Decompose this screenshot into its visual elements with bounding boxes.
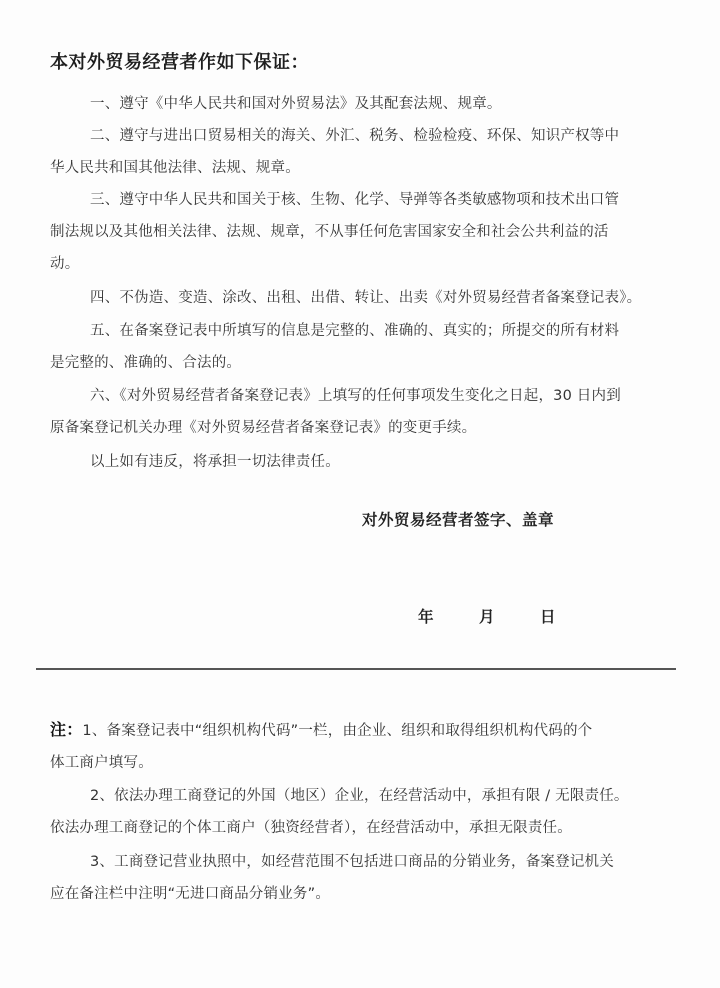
pledge-6-line-1: 六、《对外贸易经营者备案登记表》上填写的任何事项发生变化之日起，30 日内到 <box>90 388 621 404</box>
liability-text: 以上如有违反，将承担一切法律责任。 <box>90 454 340 470</box>
note-prefix: 注： <box>50 720 82 739</box>
note-1-line-1: 1、备案登记表中“组织机构代码”一栏，由企业、组织和取得组织机构代码的个 <box>82 723 592 739</box>
pledge-3-line-1: 三、遵守中华人民共和国关于核、生物、化学、导弹等各类敏感物项和技术出口管 <box>90 192 619 208</box>
pledge-5-line-2: 是完整的、准确的、合法的。 <box>50 347 675 379</box>
pledge-4-text: 四、不伪造、变造、涂改、出租、出借、转让、出卖《对外贸易经营者备案登记表》。 <box>90 290 641 306</box>
liability-statement: 以上如有违反，将承担一切法律责任。 <box>50 446 675 478</box>
pledge-6: 六、《对外贸易经营者备案登记表》上填写的任何事项发生变化之日起，30 日内到 原… <box>50 380 675 444</box>
note-2-line-2: 依法办理工商登记的个体工商户（独资经营者），在经营活动中，承担无限责任。 <box>50 812 675 844</box>
pledge-3-line-3: 动。 <box>50 248 675 280</box>
note-2-line-1: 2、依法办理工商登记的外国（地区）企业，在经营活动中，承担有限 / 无限责任。 <box>90 788 629 804</box>
date-month: 月 <box>479 605 495 627</box>
pledge-2-line-2: 华人民共和国其他法律、法规、规章。 <box>50 152 675 184</box>
pledge-2-line-1: 二、遵守与进出口贸易相关的海关、外汇、税务、检验检疫、环保、知识产权等中 <box>90 128 619 144</box>
pledge-3-line-2: 制法规以及其他相关法律、法规、规章，不从事任何危害国家安全和社会公共利益的活 <box>50 216 675 248</box>
pledge-1: 一、遵守《中华人民共和国对外贸易法》及其配套法规、规章。 <box>50 88 675 120</box>
pledge-3: 三、遵守中华人民共和国关于核、生物、化学、导弹等各类敏感物项和技术出口管 制法规… <box>50 184 675 280</box>
note-3: 3、工商登记营业执照中，如经营范围不包括进口商品的分销业务，备案登记机关 应在备… <box>50 846 675 910</box>
pledge-1-text: 一、遵守《中华人民共和国对外贸易法》及其配套法规、规章。 <box>90 96 502 112</box>
divider-line <box>36 668 676 670</box>
note-2: 2、依法办理工商登记的外国（地区）企业，在经营活动中，承担有限 / 无限责任。 … <box>50 780 675 844</box>
note-3-line-2: 应在备注栏中注明“无进口商品分销业务”。 <box>50 878 675 910</box>
note-1: 注：1、备案登记表中“组织机构代码”一栏，由企业、组织和取得组织机构代码的个 体… <box>50 714 675 779</box>
note-1-line-2: 体工商户填写。 <box>50 747 675 779</box>
signature-label: 对外贸易经营者签字、盖章 <box>362 508 554 530</box>
document-page: 本对外贸易经营者作如下保证： 一、遵守《中华人民共和国对外贸易法》及其配套法规、… <box>0 0 720 988</box>
date-year: 年 <box>418 605 434 627</box>
pledge-5: 五、在备案登记表中所填写的信息是完整的、准确的、真实的；所提交的所有材料 是完整… <box>50 315 675 379</box>
date-day: 日 <box>540 605 556 627</box>
document-title: 本对外贸易经营者作如下保证： <box>50 48 309 74</box>
pledge-5-line-1: 五、在备案登记表中所填写的信息是完整的、准确的、真实的；所提交的所有材料 <box>90 323 619 339</box>
pledge-6-line-2: 原备案登记机关办理《对外贸易经营者备案登记表》的变更手续。 <box>50 412 675 444</box>
pledge-4: 四、不伪造、变造、涂改、出租、出借、转让、出卖《对外贸易经营者备案登记表》。 <box>50 282 675 314</box>
note-3-line-1: 3、工商登记营业执照中，如经营范围不包括进口商品的分销业务，备案登记机关 <box>90 854 614 870</box>
pledge-2: 二、遵守与进出口贸易相关的海关、外汇、税务、检验检疫、环保、知识产权等中 华人民… <box>50 120 675 184</box>
